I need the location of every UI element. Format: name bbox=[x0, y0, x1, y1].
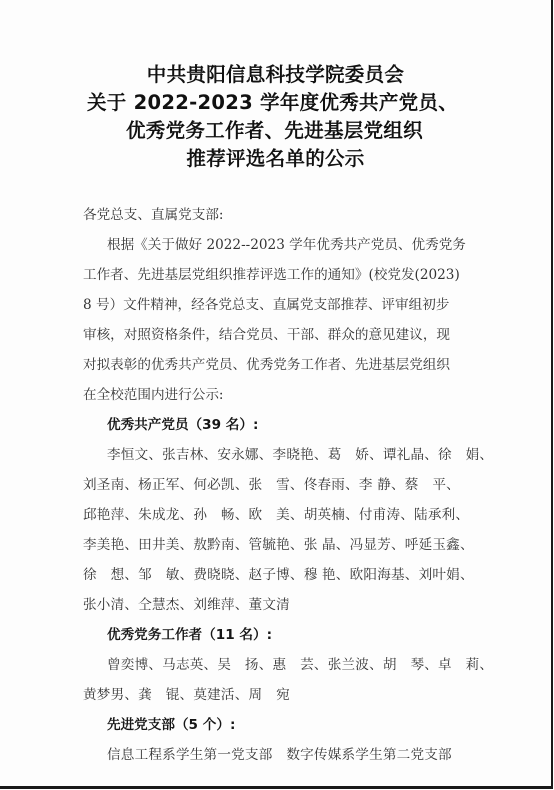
title-line-2: 关于 2022-2023 学年度优秀共产党员、 bbox=[0, 89, 551, 117]
name-list-line: 张小清、仝慧杰、刘维萍、董文清 bbox=[83, 590, 495, 620]
document-title: 中共贵阳信息科技学院委员会 关于 2022-2023 学年度优秀共产党员、 优秀… bbox=[0, 61, 551, 173]
name-list-line: 徐 想、邹 敏、费晓晓、赵子博、穆 艳、欧阳海基、刘叶娟、 bbox=[83, 560, 495, 590]
name-list-line: 李美艳、田井美、敖黔南、管毓艳、张 晶、冯显芳、呼延玉鑫、 bbox=[83, 530, 495, 560]
title-line-1: 中共贵阳信息科技学院委员会 bbox=[0, 61, 551, 89]
section-outstanding-party-members: 优秀共产党员（39 名）: 李恒文、张吉林、安永娜、李晓艳、葛 娇、谭礼晶、徐 … bbox=[83, 410, 495, 620]
intro-line: 8 号）文件精神，经各党总支、直属党支部推荐、评审组初步 bbox=[83, 290, 495, 320]
document-body: 各党总支、直属党支部: 根据《关于做好 2022--2023 学年优秀共产党员、… bbox=[83, 200, 495, 770]
section-heading: 优秀共产党员（39 名）: bbox=[83, 410, 495, 440]
salutation: 各党总支、直属党支部: bbox=[83, 200, 495, 230]
section-heading: 优秀党务工作者（11 名）: bbox=[83, 620, 495, 650]
section-outstanding-party-workers: 优秀党务工作者（11 名）: 曾奕博、马志英、吴 扬、惠 芸、张兰波、胡 琴、卓… bbox=[83, 620, 495, 710]
name-list-line: 刘圣南、杨正军、何必凯、张 雪、佟春雨、李 静、蔡 平、 bbox=[83, 470, 495, 500]
intro-line: 审核，对照资格条件，结合党员、干部、群众的意见建议，现 bbox=[83, 320, 495, 350]
name-list-line: 曾奕博、马志英、吴 扬、惠 芸、张兰波、胡 琴、卓 莉、 bbox=[83, 650, 495, 680]
title-line-4: 推荐评选名单的公示 bbox=[0, 145, 551, 173]
name-list-line: 黄梦男、龚 锟、莫建活、周 宛 bbox=[83, 680, 495, 710]
intro-line: 对拟表彰的优秀共产党员、优秀党务工作者、先进基层党组织 bbox=[83, 350, 495, 380]
section-heading: 先进党支部（5 个）: bbox=[83, 710, 495, 740]
intro-paragraph: 根据《关于做好 2022--2023 学年优秀共产党员、优秀党务 工作者、先进基… bbox=[83, 230, 495, 410]
intro-line: 工作者、先进基层党组织推荐评选工作的通知》(校党发(2023) bbox=[83, 260, 495, 290]
intro-line: 在全校范围内进行公示: bbox=[83, 380, 495, 410]
name-list-line: 李恒文、张吉林、安永娜、李晓艳、葛 娇、谭礼晶、徐 娟、 bbox=[83, 440, 495, 470]
branch-list-line: 信息工程系学生第一党支部 数字传媒系学生第二党支部 bbox=[83, 740, 495, 770]
intro-line: 根据《关于做好 2022--2023 学年优秀共产党员、优秀党务 bbox=[83, 230, 495, 260]
name-list-line: 邱艳萍、朱成龙、孙 畅、欧 美、胡英楠、付甫涛、陆承利、 bbox=[83, 500, 495, 530]
title-line-3: 优秀党务工作者、先进基层党组织 bbox=[0, 117, 551, 145]
section-advanced-party-branches: 先进党支部（5 个）: 信息工程系学生第一党支部 数字传媒系学生第二党支部 bbox=[83, 710, 495, 770]
document-page: 中共贵阳信息科技学院委员会 关于 2022-2023 学年度优秀共产党员、 优秀… bbox=[0, 0, 553, 789]
